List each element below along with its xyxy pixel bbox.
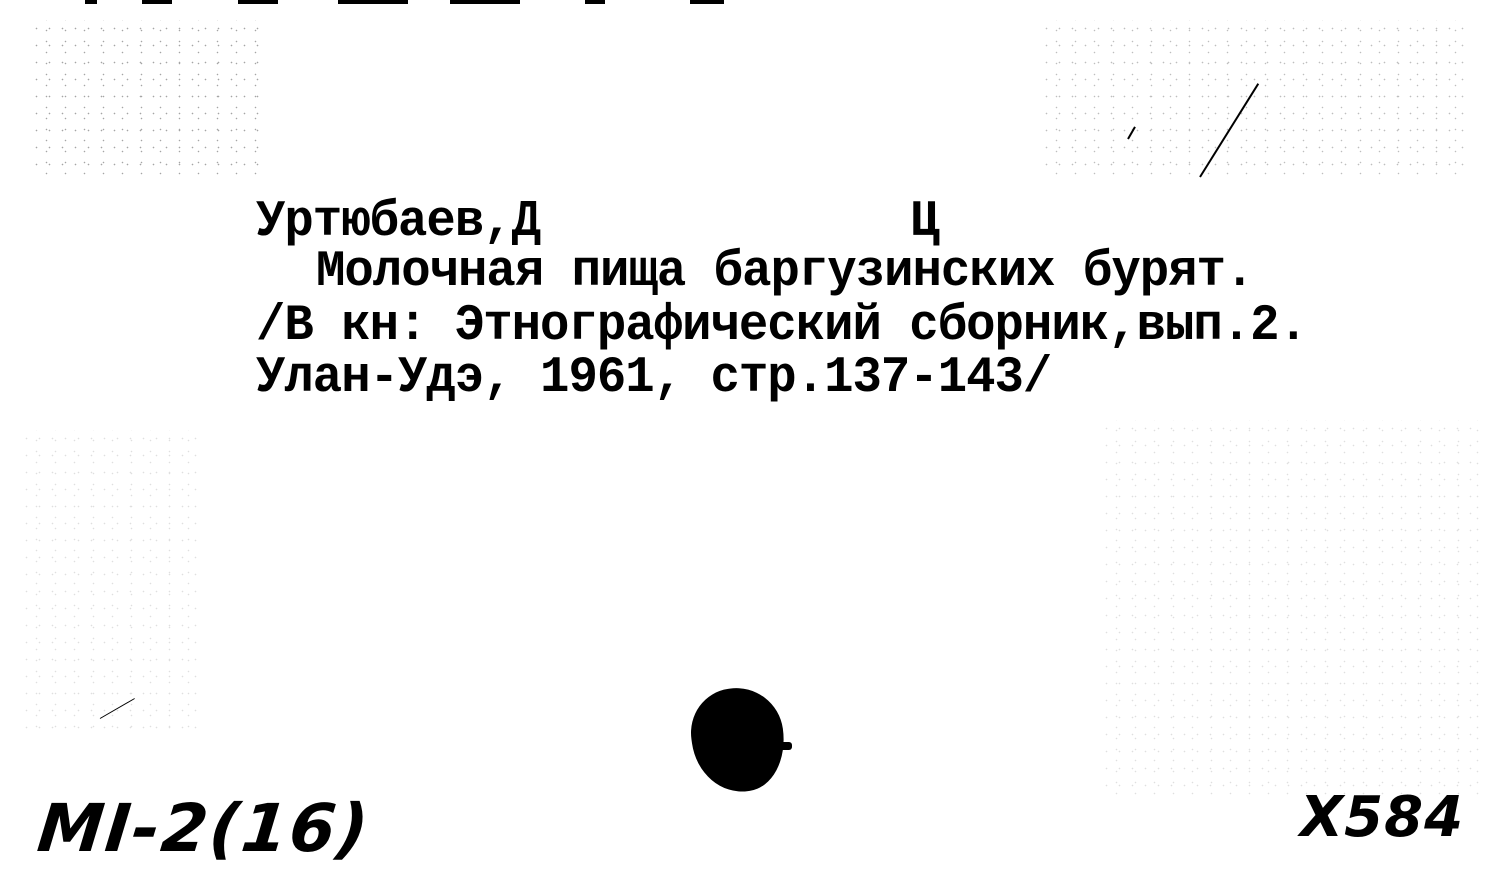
catalog-card: Уртюбаев,Д Ц Молочная пища баргузинских … bbox=[0, 0, 1496, 872]
card-edge-mark bbox=[585, 0, 605, 4]
author-name: Уртюбаев,Д bbox=[256, 196, 540, 247]
source-publication: /В кн: Этнографический сборник,вып.2. bbox=[256, 300, 1307, 351]
card-edge-mark bbox=[450, 0, 520, 4]
card-edge-mark bbox=[142, 0, 172, 4]
punch-hole-tear bbox=[776, 742, 792, 750]
inventory-mark: X584 bbox=[1300, 790, 1464, 846]
scan-noise bbox=[30, 20, 260, 180]
card-edge-mark bbox=[690, 0, 724, 4]
scan-noise bbox=[1040, 20, 1470, 180]
card-edge-mark bbox=[338, 0, 408, 4]
imprint-details: Улан-Удэ, 1961, стр.137-143/ bbox=[256, 352, 1051, 403]
card-edge-mark bbox=[85, 0, 97, 4]
location-mark: Ц bbox=[910, 196, 938, 247]
card-edge-mark bbox=[238, 0, 278, 4]
scan-noise bbox=[1100, 420, 1480, 800]
scan-noise bbox=[20, 430, 200, 730]
punch-hole bbox=[685, 682, 791, 798]
shelf-mark: МI-2(16) bbox=[35, 796, 374, 862]
work-title: Молочная пища баргузинских бурят. bbox=[316, 246, 1253, 297]
